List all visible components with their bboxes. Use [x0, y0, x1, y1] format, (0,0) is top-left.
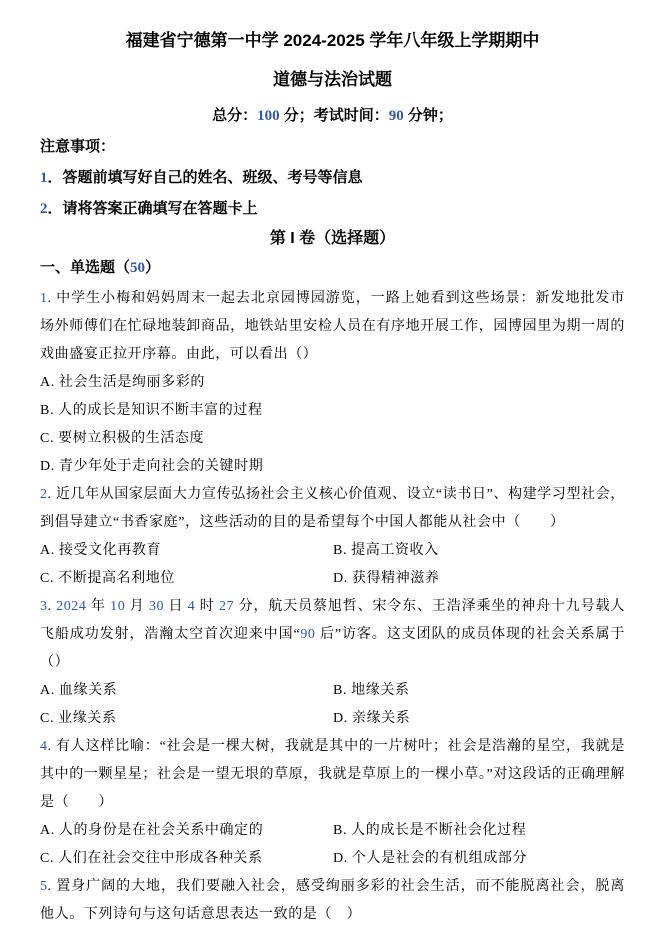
notice-item-1: 1．答题前填写好自己的姓名、班级、考号等信息	[40, 167, 625, 189]
option-D: D. 青少年处于走向社会的关键时期	[40, 453, 625, 481]
option-label: A.	[40, 823, 59, 838]
option-B: B. 人的成长是不断社会化过程	[333, 817, 625, 845]
option-C: C. 业缘关系	[40, 705, 333, 733]
question-stem: 2. 近几年从国家层面大力宣传弘扬社会主义核心价值观、设立“读书日”、构建学习型…	[40, 481, 625, 537]
option-D: D. 个人是社会的有机组成部分	[333, 845, 625, 873]
option-A: A. 人的身份是在社会关系中确定的	[40, 817, 333, 845]
exam-info: 总分：100 分；考试时间：90 分钟；	[40, 105, 625, 127]
question-stem: 1. 中学生小梅和妈妈周末一起去北京园博园游览，一路上她看到这些场景：新发地批发…	[40, 285, 625, 369]
option-B: B. 人的成长是知识不断丰富的过程	[40, 397, 625, 425]
option-A: A. 社会生活是绚丽多彩的	[40, 369, 625, 397]
option-label: B.	[40, 403, 58, 418]
options-grid: A. 接受文化再教育B. 提高工资收入C. 不断提高名利地位D. 获得精神滋养	[40, 537, 625, 593]
option-label: D.	[333, 851, 352, 866]
options-grid: A. 人的身份是在社会关系中确定的B. 人的成长是不断社会化过程C. 人们在社会…	[40, 817, 625, 873]
option-label: B.	[333, 823, 351, 838]
option-label: D.	[333, 571, 352, 586]
question-2: 2. 近几年从国家层面大力宣传弘扬社会主义核心价值观、设立“读书日”、构建学习型…	[40, 481, 625, 593]
option-B: B. 地缘关系	[333, 677, 625, 705]
option-label: D.	[40, 459, 59, 474]
section-title: 第 I 卷（选择题）	[40, 227, 625, 251]
option-label: B.	[333, 543, 351, 558]
exam-title-line2: 道德与法治试题	[40, 67, 625, 93]
part-heading: 一、单选题（50）	[40, 257, 625, 279]
question-stem: 5. 置身广阔的大地，我们要融入社会，感受绚丽多彩的社会生活，而不能脱离社会，脱…	[40, 873, 625, 929]
exam-title-line1: 福建省宁德第一中学 2024-2025 学年八年级上学期期中	[40, 28, 625, 54]
question-1: 1. 中学生小梅和妈妈周末一起去北京园博园游览，一路上她看到这些场景：新发地批发…	[40, 285, 625, 481]
exam-page: 福建省宁德第一中学 2024-2025 学年八年级上学期期中 道德与法治试题 总…	[0, 0, 665, 947]
question-4: 4. 有人这样比喻：“社会是一棵大树，我就是其中的一片树叶；社会是浩瀚的星空，我…	[40, 733, 625, 873]
option-label: A.	[40, 543, 59, 558]
option-C: C. 不断提高名利地位	[40, 565, 333, 593]
option-B: B. 提高工资收入	[333, 537, 625, 565]
option-D: D. 亲缘关系	[333, 705, 625, 733]
option-A: A. 接受文化再教育	[40, 537, 333, 565]
option-A: A. 血缘关系	[40, 677, 333, 705]
option-C: C. 人们在社会交往中形成各种关系	[40, 845, 333, 873]
option-D: D. 获得精神滋养	[333, 565, 625, 593]
option-C: C. 要树立积极的生活态度	[40, 425, 625, 453]
question-stem: 3. 2024 年 10 月 30 日 4 时 27 分，航天员蔡旭哲、宋令东、…	[40, 593, 625, 677]
notice-heading: 注意事项：	[40, 136, 625, 158]
notice-item-2: 2．请将答案正确填写在答题卡上	[40, 198, 625, 220]
option-label: C.	[40, 571, 58, 586]
options-grid: A. 血缘关系B. 地缘关系C. 业缘关系D. 亲缘关系	[40, 677, 625, 733]
questions-container: 1. 中学生小梅和妈妈周末一起去北京园博园游览，一路上她看到这些场景：新发地批发…	[40, 285, 625, 929]
option-label: B.	[333, 683, 351, 698]
question-3: 3. 2024 年 10 月 30 日 4 时 27 分，航天员蔡旭哲、宋令东、…	[40, 593, 625, 733]
option-label: A.	[40, 683, 59, 698]
question-stem: 4. 有人这样比喻：“社会是一棵大树，我就是其中的一片树叶；社会是浩瀚的星空，我…	[40, 733, 625, 817]
option-label: C.	[40, 851, 58, 866]
option-label: D.	[333, 711, 352, 726]
question-5: 5. 置身广阔的大地，我们要融入社会，感受绚丽多彩的社会生活，而不能脱离社会，脱…	[40, 873, 625, 929]
option-label: C.	[40, 431, 58, 446]
option-label: C.	[40, 711, 58, 726]
option-label: A.	[40, 375, 59, 390]
